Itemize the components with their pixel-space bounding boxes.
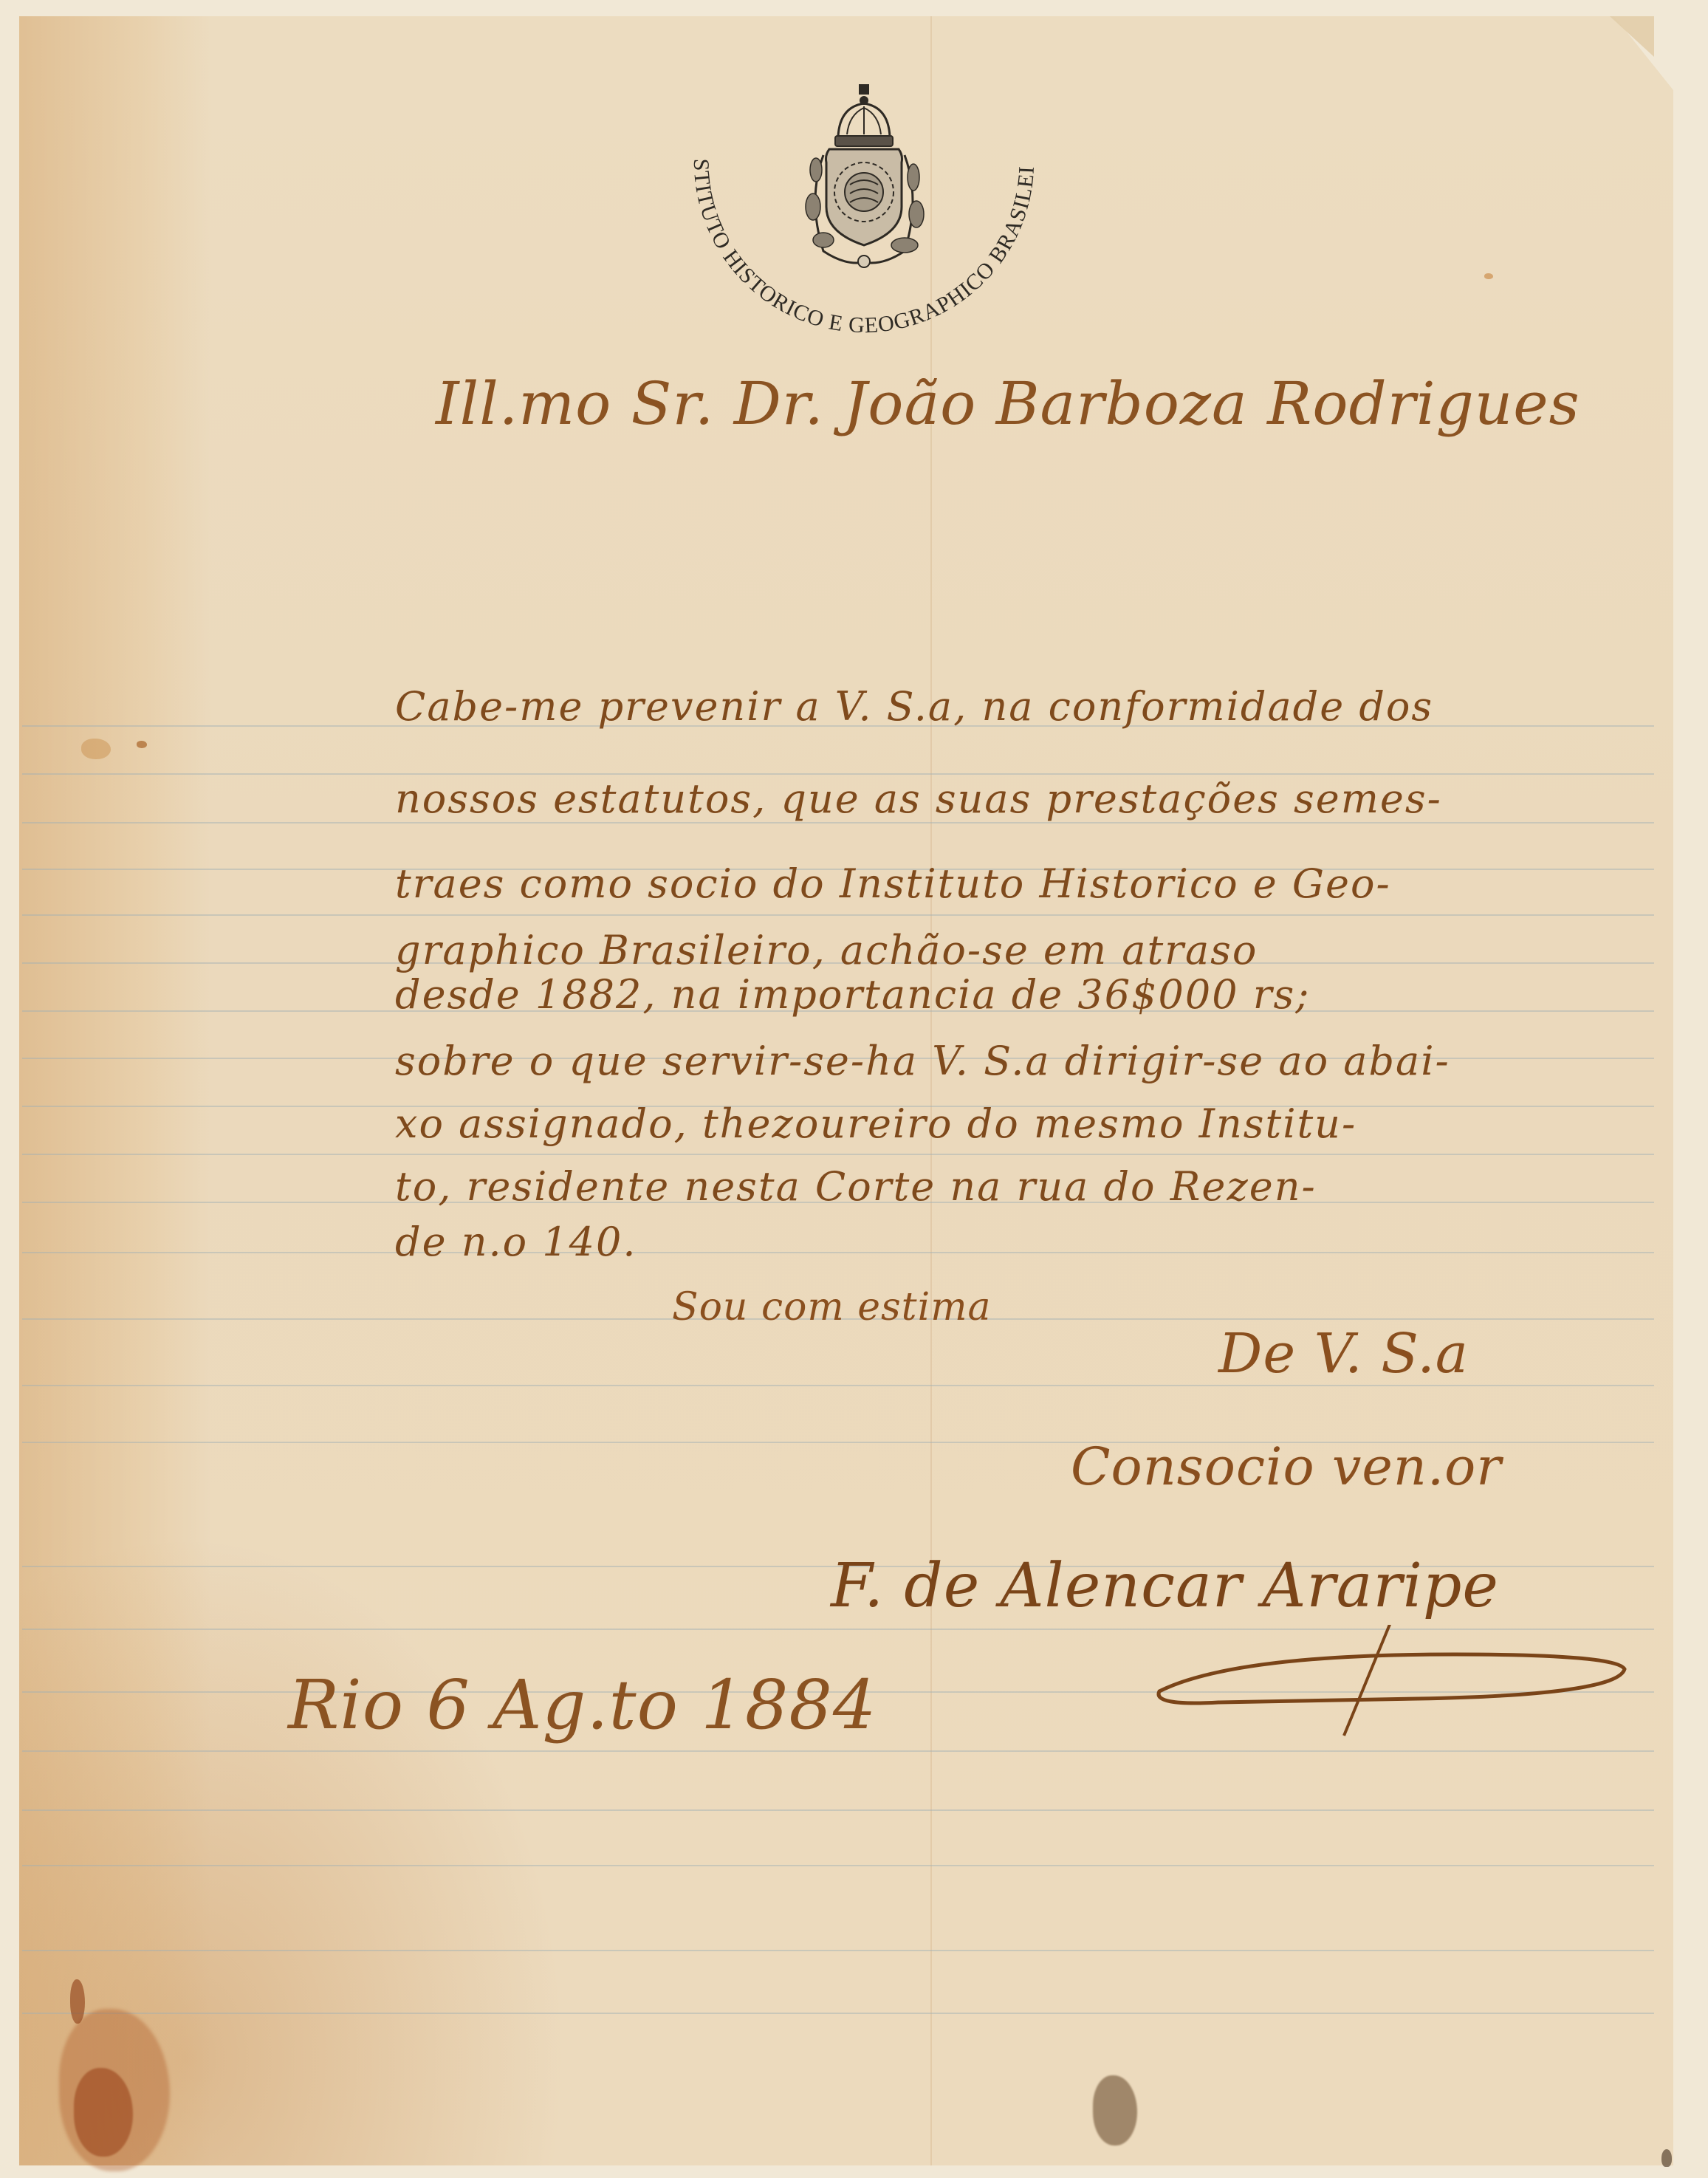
body-line: de n.o 140. [395, 1219, 637, 1265]
institute-name-arc: INSTITUTO HISTORICO E GEOGRAPHICO BRASIL… [665, 81, 1063, 362]
signature-flourish-icon [1145, 1625, 1632, 1743]
folded-corner [1610, 16, 1654, 57]
abbreviation-de-vossa-senhoria: De V. S.a [1218, 1322, 1469, 1386]
body-line: xo assignado, thezoureiro do mesmo Insti… [395, 1100, 1357, 1147]
ruled-line [22, 914, 1654, 916]
institute-name-text: INSTITUTO HISTORICO E GEOGRAPHICO BRASIL… [665, 81, 1039, 338]
foxing-spot [81, 739, 111, 759]
foxing-spot [137, 741, 147, 748]
ruled-line [22, 1950, 1654, 1951]
body-line: sobre o que servir-se-ha V. S.a dirigir-… [395, 1038, 1450, 1084]
body-line: Cabe-me prevenir a V. S.a, na conformida… [395, 683, 1433, 730]
ruled-line [22, 1809, 1654, 1811]
body-line: graphico Brasileiro, achão-se em atraso [395, 927, 1258, 973]
body-line: traes como socio do Instituto Historico … [395, 860, 1391, 907]
rust-stain [74, 2068, 133, 2157]
body-line: to, residente nesta Corte na rua do Reze… [395, 1163, 1317, 1210]
dateline: Rio 6 Ag.to 1884 [288, 1665, 877, 1744]
ruled-line [22, 822, 1654, 823]
brown-stain [1093, 2075, 1137, 2146]
ruled-line [22, 773, 1654, 775]
rust-stain [70, 1979, 85, 2024]
body-line: desde 1882, na importancia de 36$000 rs; [395, 971, 1310, 1018]
ruled-line [22, 1252, 1654, 1253]
closing-phrase: Sou com estima [672, 1285, 992, 1329]
ruled-line [22, 1750, 1654, 1752]
body-line: nossos estatutos, que as suas prestações… [395, 775, 1442, 822]
ruled-line [22, 1865, 1654, 1866]
valediction: Consocio ven.or [1071, 1436, 1502, 1497]
ruled-line [22, 2013, 1654, 2014]
ruled-line [22, 1154, 1654, 1155]
foxing-spot [1484, 273, 1493, 279]
signature: F. de Alencar Araripe [831, 1551, 1499, 1621]
salutation: Ill.mo Sr. Dr. João Barboza Rodrigues [436, 369, 1580, 438]
letterhead: INSTITUTO HISTORICO E GEOGRAPHICO BRASIL… [665, 81, 1063, 362]
foxing-spot [1661, 2149, 1672, 2167]
